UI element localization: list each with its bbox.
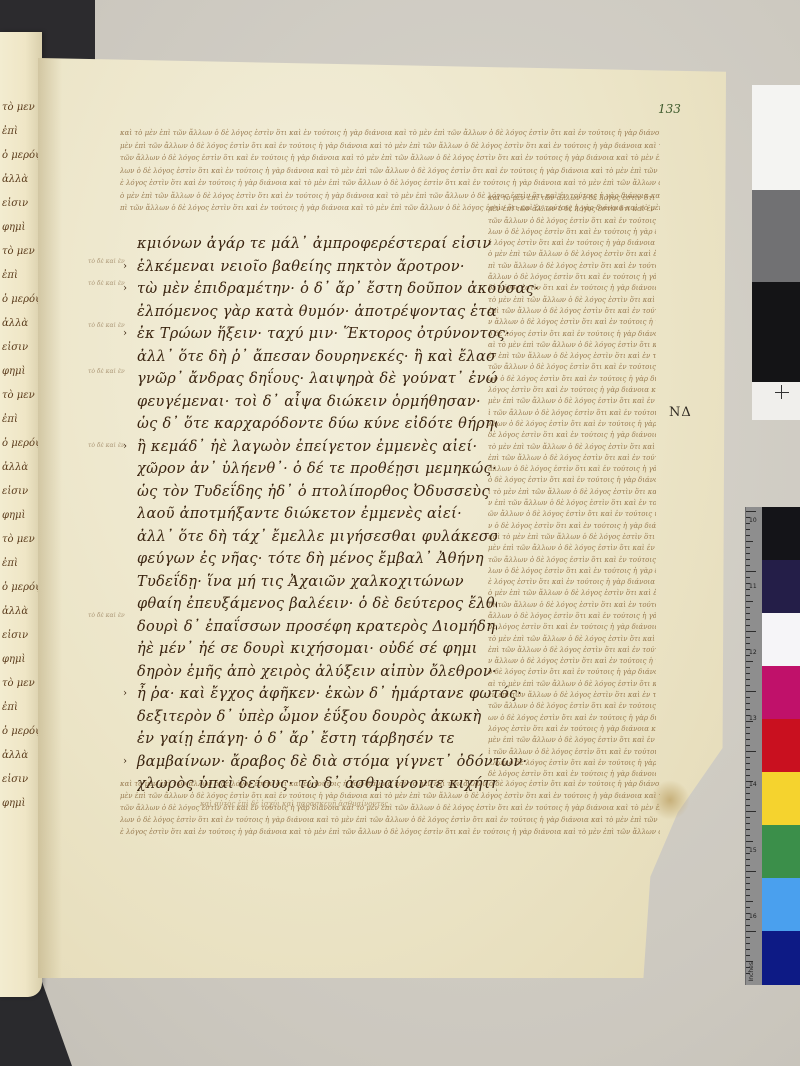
color-patch-magenta <box>762 666 800 719</box>
scholia-line: ν ἐπὶ τῶν ἄλλων ὁ δὲ λόγος ἐστὶν ὅτι καὶ… <box>488 498 656 509</box>
main-text-line: κμιόνων ἀγάρ τε μάλ᾽ ἀμπροφερέστεραί εἰσ… <box>137 233 497 256</box>
ruler-tick <box>746 673 750 674</box>
ruler-tick <box>746 817 750 818</box>
facing-page-text-fragment: εἰσιν <box>2 630 28 641</box>
gutter-shadow <box>38 58 62 978</box>
color-patch-black <box>762 507 800 560</box>
ruler-tick <box>746 565 750 566</box>
facing-page-text-fragment: ἀλλὰ <box>2 174 28 185</box>
ruler-tick <box>746 865 750 866</box>
ruler-tick <box>746 925 750 926</box>
ruler-tick <box>746 601 753 602</box>
main-text-line: δεξιτερὸν δ᾽ ὑπὲρ ὦμον ἐΰξου δουρὸς ἀκωκ… <box>137 706 497 729</box>
facing-page-text-fragment: φημὶ <box>2 510 25 521</box>
scholia-line: λων ὁ δὲ λόγος ἐστὶν ὅτι καὶ ἐν τούτοις … <box>120 165 660 178</box>
facing-page-text-fragment: ὁ μερόψ <box>2 150 42 161</box>
main-text-line: ἀλλ᾽ ὅτε δὴ ῥ᾽ ἄπεσαν δουρηνεκές· ἢ καὶ … <box>137 346 497 369</box>
scholia-line: μὲν ἐπὶ τῶν ἄλλων ὁ δὲ λόγος ἐστὶν ὅτι κ… <box>120 140 660 153</box>
scholia-line: ὁ δὲ λόγος ἐστὶν ὅτι καὶ ἐν τούτοις ἡ γὰ… <box>488 667 656 678</box>
ruler-tick <box>746 571 756 572</box>
main-text-line: λαοῦ ἀποτμήξαντε διώκετον ἐμμενὲς αἰεί· <box>137 503 497 526</box>
facing-page-text-fragment: φημὶ <box>2 654 25 665</box>
ruler-tick <box>746 895 750 896</box>
ruler-tick <box>746 535 750 536</box>
scholia-line: ἐπὶ τῶν ἄλλων ὁ δὲ λόγος ἐστὶν ὅτι καὶ ἐ… <box>488 306 656 317</box>
ruler-tick <box>746 553 750 554</box>
scholia-line: πὶ τῶν ἄλλων ὁ δὲ λόγος ἐστὶν ὅτι καὶ ἐν… <box>488 600 656 611</box>
facing-page-text-fragment: ὁ μερόψ <box>2 294 42 305</box>
facing-page-text-fragment: ἐπὶ <box>2 270 18 281</box>
line-marker-icon: › <box>123 323 127 346</box>
color-patch-white <box>752 85 800 190</box>
ruler-tick <box>746 949 750 950</box>
scholia-line: λων ὁ δὲ λόγος ἐστὶν ὅτι καὶ ἐν τούτοις … <box>120 814 660 826</box>
main-text-line: ὡς δ᾽ ὅτε καρχαρόδοντε δύω κύνε εἰδότε θ… <box>137 413 497 436</box>
ruler-tick <box>746 691 756 692</box>
scholia-line: ων ὁ δὲ λόγος ἐστὶν ὅτι καὶ ἐν τούτοις ἡ… <box>488 374 656 385</box>
scholia-line: τῶν ἄλλων ὁ δὲ λόγος ἐστὶν ὅτι καὶ ἐν το… <box>488 555 656 566</box>
ruler-tick <box>746 697 750 698</box>
scholia-line: τῶν ἄλλων ὁ δὲ λόγος ἐστὶν ὅτι καὶ ἐν το… <box>488 701 656 712</box>
main-text-line: ›βαμβαίνων· ἄραβος δὲ διὰ στόμα γίγνετ᾽ … <box>137 751 497 774</box>
ruler-tick <box>746 685 750 686</box>
scholia-line: ν ὁ δὲ λόγος ἐστὶν ὅτι καὶ ἐν τούτοις ἡ … <box>488 521 656 532</box>
scholia-line: ἄλλων ὁ δὲ λόγος ἐστὶν ὅτι καὶ ἐν τούτοι… <box>488 611 656 622</box>
ruler-tick-label: 13 <box>749 715 757 722</box>
scholia-line: ὲ λόγος ἐστὶν ὅτι καὶ ἐν τούτοις ἡ γὰρ δ… <box>120 177 660 190</box>
scholia-line: λων ὁ δὲ λόγος ἐστὶν ὅτι καὶ ἐν τούτοις … <box>488 566 656 577</box>
ruler-tick <box>746 829 750 830</box>
ruler-tick <box>746 559 750 560</box>
ruler-tick <box>746 679 750 680</box>
scholia-line: δὲ λόγος ἐστὶν ὅτι καὶ ἐν τούτοις ἡ γὰρ … <box>488 622 656 633</box>
ruler-tick <box>746 799 750 800</box>
main-text-line: δουρὶ δ᾽ ἐπαΐσσων προσέφη κρατερὸς Διομή… <box>137 616 497 639</box>
main-text-line: δηρὸν ἐμῆς ἀπὸ χειρὸς ἀλύξειν αἰπὺν ὄλεθ… <box>137 661 497 684</box>
ruler-tick <box>746 823 750 824</box>
main-text-line: ›τὼ μὲν ἐπιδραμέτην· ὁ δ᾽ ἄρ᾽ ἔστη δοῦπο… <box>137 278 497 301</box>
color-patch-mid-gray <box>752 190 800 282</box>
ruler-tick <box>746 769 750 770</box>
scholia-line: τὸ μὲν ἐπὶ τῶν ἄλλων ὁ δὲ λόγος ἐστὶν ὅτ… <box>488 634 656 645</box>
ruler-tick <box>746 793 750 794</box>
ruler-tick <box>746 529 750 530</box>
margin-gloss: τὸ δὲ καὶ ἐν <box>88 258 138 266</box>
scholia-line: δὲ λόγος ἐστὶν ὅτι καὶ ἐν τούτοις ἡ γὰρ … <box>488 430 656 441</box>
interlinear-gloss: καὶ αὐτὸς ἐπὶ δὲ ἰσχύι καὶ παρασκευῇ ἀσθ… <box>200 798 388 811</box>
ruler-tick <box>746 871 756 872</box>
facing-page-text-fragment: ὁ μερόψ <box>2 726 42 737</box>
line-marker-icon: › <box>123 751 127 774</box>
main-text-line: ›ἐκ Τρώων ἥξειν· ταχύ μιν· Ἕκτορος ὀτρύν… <box>137 323 497 346</box>
ruler-tick <box>746 757 750 758</box>
ruler-tick <box>746 613 750 614</box>
scholia-line: ὲν ἐπὶ τῶν ἄλλων ὁ δὲ λόγος ἐστὶν ὅτι κα… <box>488 351 656 362</box>
facing-page-text-fragment: ὁ μερόψ <box>2 582 42 593</box>
scholia-line: ῶν ἄλλων ὁ δὲ λόγος ἐστὶν ὅτι καὶ ἐν τού… <box>488 509 656 520</box>
ruler-tick-label: 10 <box>749 517 757 524</box>
facing-page-text-fragment: ἀλλὰ <box>2 462 28 473</box>
ruler-tick <box>746 943 750 944</box>
ruler-tick <box>746 643 750 644</box>
main-text-line: χῶρον ἀν᾽ ὑλήενθ᾽· ὁ δέ τε προθέῃσι μεμη… <box>137 458 497 481</box>
facing-page-text-fragment: ἐπὶ <box>2 558 18 569</box>
scholia-line: μὲν ἐπὶ τῶν ἄλλων ὁ δὲ λόγος ἐστὶν ὅτι κ… <box>488 543 656 554</box>
measurement-ruler: Inches 10111213141516 <box>745 507 763 985</box>
color-patch-red <box>762 719 800 772</box>
margin-gloss: τὸ δὲ καὶ ἐν <box>88 612 138 620</box>
color-patch-yellow <box>762 772 800 825</box>
scholia-line: καὶ τὸ μὲν ἐπὶ τῶν ἄλλων ὁ δὲ λόγος ἐστὶ… <box>120 127 660 140</box>
scholia-line: πὶ τῶν ἄλλων ὁ δὲ λόγος ἐστὶν ὅτι καὶ ἐν… <box>488 261 656 272</box>
line-marker-icon: › <box>123 683 127 706</box>
ruler-tick <box>746 901 753 902</box>
margin-gloss: τὸ δὲ καὶ ἐν <box>88 442 138 450</box>
facing-page-text-fragment: φημὶ <box>2 366 25 377</box>
scholia-line: ν ἄλλων ὁ δὲ λόγος ἐστὶν ὅτι καὶ ἐν τούτ… <box>488 656 656 667</box>
main-text-line: ›ἑλκέμεναι νειοῖο βαθείης πηκτὸν ἄροτρον… <box>137 256 497 279</box>
ruler-tick <box>746 703 750 704</box>
margin-gloss: τὸ δὲ καὶ ἐν <box>88 322 138 330</box>
margin-gloss: τὸ δὲ καὶ ἐν <box>88 280 138 288</box>
main-text-line: φεύγων ἐς νῆας· τότε δὴ μένος ἔμβαλ᾽ Ἀθή… <box>137 548 497 571</box>
facing-page-text-fragment: εἰσιν <box>2 198 28 209</box>
ruler-tick <box>746 595 750 596</box>
scholia-line: ἐπὶ τῶν ἄλλων ὁ δὲ λόγος ἐστὶν ὅτι καὶ ἐ… <box>488 645 656 656</box>
facing-page-text-fragment: φημὶ <box>2 222 25 233</box>
ruler-tick <box>746 625 750 626</box>
color-patch-green <box>762 825 800 878</box>
facing-page-text-fragment: εἰσιν <box>2 774 28 785</box>
ruler-tick <box>746 745 750 746</box>
facing-page-text-fragment: ἀλλὰ <box>2 318 28 329</box>
scholia-line: λλων ὁ δὲ λόγος ἐστὶν ὅτι καὶ ἐν τούτοις… <box>488 419 656 430</box>
scholia-line: ἄλλων ὁ δὲ λόγος ἐστὶν ὅτι καὶ ἐν τούτοι… <box>488 464 656 475</box>
color-patch-white <box>762 613 800 666</box>
ruler-tick <box>746 727 750 728</box>
main-text-line: ἐλπόμενος γὰρ κατὰ θυμόν· ἀποτρέψοντας ἑ… <box>137 301 497 324</box>
ruler-tick <box>746 577 750 578</box>
ruler-tick <box>746 907 750 908</box>
facing-page-text-fragment: τὸ μεν <box>2 678 35 689</box>
color-target <box>762 507 800 985</box>
scholia-line: ὲ λόγος ἐστὶν ὅτι καὶ ἐν τούτοις ἡ γὰρ δ… <box>488 577 656 588</box>
ruler-tick <box>746 607 750 608</box>
ruler-tick-label: 16 <box>749 913 757 920</box>
main-text-line: Τυδεΐδῃ· ἵνα μή τις Ἀχαιῶν χαλκοχιτώνων <box>137 571 497 594</box>
scholia-line: μὲν ἐπὶ τῶν ἄλλων ὁ δὲ λόγος ἐστὶν ὅτι κ… <box>488 396 656 407</box>
main-text-line: γνῶρ᾽ ἄνδρας δηΐους· λαιψηρὰ δὲ γούνατ᾽ … <box>137 368 497 391</box>
facing-page-text-fragment: ἀλλὰ <box>2 750 28 761</box>
ruler-tick <box>746 709 750 710</box>
ruler-tick <box>746 775 750 776</box>
ruler-tick <box>746 805 750 806</box>
facing-page-edge: τὸ μενἐπὶὁ μερόψἀλλὰεἰσινφημὶτὸ μενἐπὶὁ … <box>0 32 42 997</box>
facing-page-text-fragment: εἰσιν <box>2 486 28 497</box>
ruler-tick-label: 14 <box>749 781 757 788</box>
scholia-line: αὶ τὸ μὲν ἐπὶ τῶν ἄλλων ὁ δὲ λόγος ἐστὶν… <box>488 340 656 351</box>
main-text-line: φευγέμεναι· τοὶ δ᾽ αἶψα διώκειν ὁρμήθησα… <box>137 391 497 414</box>
scholia-line: λων ὁ δὲ λόγος ἐστὶν ὅτι καὶ ἐν τούτοις … <box>488 227 656 238</box>
ruler-tick <box>746 811 756 812</box>
main-text-line: ›ἢ κεμάδ᾽ ἠὲ λαγωὸν ἐπείγετον ἐμμενὲς αἰ… <box>137 436 497 459</box>
scholia-line: μὲν ἐπὶ τῶν ἄλλων ὁ δὲ λόγος ἐστὶν ὅτι κ… <box>488 204 656 215</box>
main-text-column: κμιόνων ἀγάρ τε μάλ᾽ ἀμπροφερέστεραί εἰσ… <box>137 233 497 796</box>
ruler-tick <box>746 973 750 974</box>
scholia-line: ὁ δὲ λόγος ἐστὶν ὅτι καὶ ἐν τούτοις ἡ γὰ… <box>488 475 656 486</box>
ruler-tick <box>746 835 750 836</box>
scholia-line: μὲν ἐπὶ τῶν ἄλλων ὁ δὲ λόγος ἐστὶν ὅτι κ… <box>488 735 656 746</box>
ruler-tick <box>746 955 750 956</box>
ruler-tick <box>746 511 756 512</box>
scholia-line: ων ὁ δὲ λόγος ἐστὶν ὅτι καὶ ἐν τούτοις ἡ… <box>488 713 656 724</box>
scholia-line: ν ἄλλων ὁ δὲ λόγος ἐστὶν ὅτι καὶ ἐν τούτ… <box>488 317 656 328</box>
ruler-tick <box>746 859 750 860</box>
scholia-line: τῶν ἄλλων ὁ δὲ λόγος ἐστὶν ὅτι καὶ ἐν το… <box>488 362 656 373</box>
scholia-line: λόγος ἐστὶν ὅτι καὶ ἐν τούτοις ἡ γὰρ διά… <box>488 385 656 396</box>
facing-page-text-fragment: τὸ μεν <box>2 390 35 401</box>
color-patch-light-blue <box>762 878 800 931</box>
facing-page-text-fragment: ἐπὶ <box>2 702 18 713</box>
ruler-tick-label: 15 <box>749 847 757 854</box>
scholia-line: ἐπὶ τῶν ἄλλων ὁ δὲ λόγος ἐστὶν ὅτι καὶ ἐ… <box>488 453 656 464</box>
color-patch-black <box>752 282 800 382</box>
ruler-tick <box>746 937 750 938</box>
scholia-line: καὶ τὸ μὲν ἐπὶ τῶν ἄλλων ὁ δὲ λόγος ἐστὶ… <box>488 532 656 543</box>
facing-page-text-fragment: φημὶ <box>2 798 25 809</box>
ruler-tick <box>746 733 750 734</box>
color-patch-navy <box>762 931 800 985</box>
ruler-tick <box>746 739 750 740</box>
ruler-tick <box>746 547 750 548</box>
facing-page-text-fragment: ἐπὶ <box>2 126 18 137</box>
ruler-tick <box>746 619 750 620</box>
scholia-line: ὶ τῶν ἄλλων ὁ δὲ λόγος ἐστὶν ὅτι καὶ ἐν … <box>488 408 656 419</box>
ruler-tick <box>746 931 756 932</box>
ruler-tick <box>746 841 753 842</box>
main-text-line: ἠὲ μέν᾽ ἠέ σε δουρὶ κιχήσομαι· οὐδέ σέ φ… <box>137 638 497 661</box>
scholia-line: ὸ μὲν ἐπὶ τῶν ἄλλων ὁ δὲ λόγος ἐστὶν ὅτι… <box>488 249 656 260</box>
scholia-line: ὸ μὲν ἐπὶ τῶν ἄλλων ὁ δὲ λόγος ἐστὶν ὅτι… <box>488 588 656 599</box>
grayscale-target <box>752 85 800 425</box>
scholia-line: τῶν ἄλλων ὁ δὲ λόγος ἐστὶν ὅτι καὶ ἐν το… <box>488 216 656 227</box>
quire-signature: ΝΔ <box>669 405 692 420</box>
ruler-tick <box>746 877 750 878</box>
scholia-line: τὸ μὲν ἐπὶ τῶν ἄλλων ὁ δὲ λόγος ἐστὶν ὅτ… <box>488 442 656 453</box>
line-marker-icon: › <box>123 256 127 279</box>
ruler-tick <box>746 751 756 752</box>
facing-page-text-fragment: εἰσιν <box>2 342 28 353</box>
scholia-line: ὶ τὸ μὲν ἐπὶ τῶν ἄλλων ὁ δὲ λόγος ἐστὶν … <box>488 487 656 498</box>
ruler-tick <box>746 883 750 884</box>
main-text-line: ἐν γαίῃ ἐπάγη· ὁ δ᾽ ἄρ᾽ ἔστη τάρβησέν τε <box>137 728 497 751</box>
ruler-tick <box>746 541 753 542</box>
facing-page-text-fragment: ἀλλὰ <box>2 606 28 617</box>
ruler-tick <box>746 961 753 962</box>
color-patch-dark-violet <box>762 560 800 613</box>
facing-page-text-fragment: ἐπὶ <box>2 414 18 425</box>
ruler-tick-label: 11 <box>749 583 757 590</box>
ruler-tick <box>746 889 750 890</box>
scholia-line: τῶν ἄλλων ὁ δὲ λόγος ἐστὶν ὅτι καὶ ἐν το… <box>120 152 660 165</box>
scholia-line: ὲ λόγος ἐστὶν ὅτι καὶ ἐν τούτοις ἡ γὰρ δ… <box>120 826 660 838</box>
ruler-tick <box>746 763 750 764</box>
main-text-line: φθαίη ἐπευξάμενος βαλέειν· ὁ δὲ δεύτερος… <box>137 593 497 616</box>
facing-page-text-fragment: τὸ μεν <box>2 102 35 113</box>
facing-page-text-fragment: τὸ μεν <box>2 246 35 257</box>
main-text-line: χλωρὸς ὑπαὶ δείους· τὼ δ᾽ ἀσθμαίνοντε κι… <box>137 773 497 796</box>
ruler-tick <box>746 667 750 668</box>
crosshair-icon <box>775 385 789 399</box>
ruler-tick-label: 12 <box>749 649 757 656</box>
facing-page-text-fragment: ὁ μερόψ <box>2 438 42 449</box>
scholia-line: λόγος ἐστὶν ὅτι καὶ ἐν τούτοις ἡ γὰρ διά… <box>488 724 656 735</box>
line-marker-icon: › <box>123 436 127 459</box>
main-text-line: ὡς τὸν Τυδεΐδης ἠδ᾽ ὁ πτολίπορθος Ὀδυσσε… <box>137 481 497 504</box>
scholia-line: ὲ λόγος ἐστὶν ὅτι καὶ ἐν τούτοις ἡ γὰρ δ… <box>488 238 656 249</box>
ruler-unit-label: Inches <box>748 962 755 982</box>
main-text-line: ›ἦ ῥα· καὶ ἔγχος ἀφῆκεν· ἑκὼν δ᾽ ἡμάρταν… <box>137 683 497 706</box>
margin-gloss: τὸ δὲ καὶ ἐν <box>88 368 138 376</box>
ruler-tick <box>746 661 753 662</box>
folio-number: 133 <box>658 102 681 116</box>
scholia-line: ὁ δὲ λόγος ἐστὶν ὅτι καὶ ἐν τούτοις ἡ γὰ… <box>488 329 656 340</box>
facing-page-text-fragment: τὸ μεν <box>2 534 35 545</box>
main-text-line: ἀλλ᾽ ὅτε δὴ τάχ᾽ ἔμελλε μιγήσεσθαι φυλάκ… <box>137 526 497 549</box>
ruler-tick <box>746 631 756 632</box>
line-marker-icon: › <box>123 278 127 301</box>
ruler-tick <box>746 967 750 968</box>
ruler-tick <box>746 637 750 638</box>
scholia-line: καὶ τὸ μὲν ἐπὶ τῶν ἄλλων ὁ δὲ λόγος ἐστὶ… <box>488 193 656 204</box>
